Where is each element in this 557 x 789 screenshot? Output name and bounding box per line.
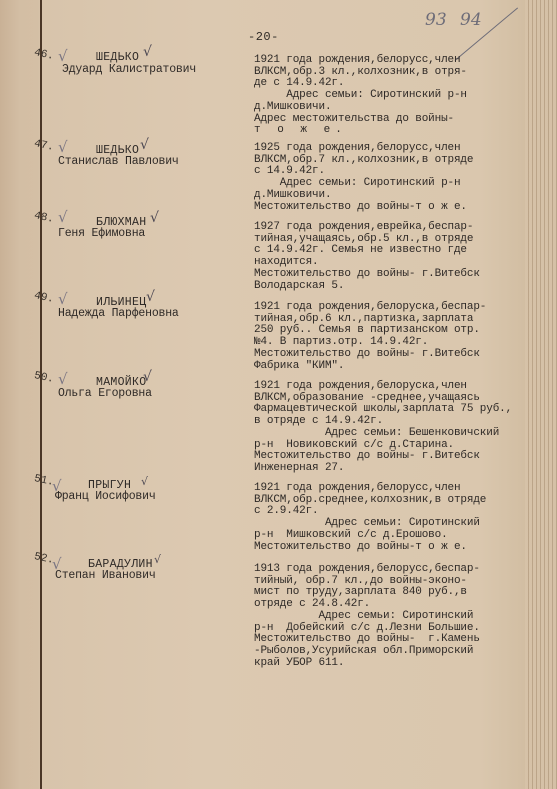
folio-current: 93 bbox=[425, 10, 447, 30]
detail-line: Инженерная 27. bbox=[254, 463, 524, 475]
binding-spine-line bbox=[40, 0, 42, 789]
given-names: Станислав Павлович bbox=[58, 155, 179, 168]
detail-line: Володарская 5. bbox=[254, 281, 524, 293]
folio-crossed-out: 94 bbox=[460, 10, 482, 30]
checkmark-icon: √ bbox=[58, 370, 68, 388]
handwritten-folio-number: 93 94 bbox=[425, 10, 482, 30]
entry-details: 1913 года рождения,белорусс,беспар-тийны… bbox=[254, 564, 524, 669]
entry-details: 1927 года рождения,еврейка,беспар-тийная… bbox=[254, 222, 524, 292]
detail-line: 1927 года рождения,еврейка,беспар- bbox=[254, 222, 524, 234]
detail-line: 1913 года рождения,белорусс,беспар- bbox=[254, 564, 524, 576]
given-names: Франц Иосифович bbox=[55, 490, 156, 503]
detail-line: Местожительство до войны- г.Витебск bbox=[254, 269, 524, 281]
given-names: Надежда Парфеновна bbox=[58, 307, 179, 320]
detail-line: р-н Мишковский с/с д.Ерошово. bbox=[254, 530, 524, 542]
detail-line: 1921 года рождения,белорусс,член bbox=[254, 483, 524, 495]
typed-page-number: -20- bbox=[248, 30, 279, 44]
checkmark-icon: √ bbox=[143, 369, 152, 385]
entry-number: 47. bbox=[33, 138, 55, 154]
entry-number: 48. bbox=[33, 210, 55, 226]
entry-details: 1921 года рождения,белорусс,членВЛКСМ,об… bbox=[254, 483, 524, 553]
detail-line: т о ж е. bbox=[254, 125, 524, 137]
checkmark-icon: √ bbox=[150, 210, 159, 226]
detail-line: край УБОР 611. bbox=[254, 658, 524, 670]
detail-line: Местожительство до войны-т о ж е. bbox=[254, 542, 524, 554]
checkmark-icon: √ bbox=[154, 553, 161, 566]
given-names: Ольга Егоровна bbox=[58, 387, 152, 400]
entry-number: 49. bbox=[33, 290, 55, 306]
detail-line: д.Мишковичи. bbox=[254, 190, 524, 202]
detail-line: д.Мишковичи. bbox=[254, 102, 524, 114]
entry-details: 1925 года рождения,белорусс,членВЛКСМ,об… bbox=[254, 143, 524, 213]
given-names: Геня Ефимовна bbox=[58, 227, 145, 240]
detail-line: 1921 года рождения,белоруска,член bbox=[254, 381, 524, 393]
given-names: Эдуард Калистратович bbox=[62, 63, 196, 76]
page-stack-edge bbox=[525, 0, 557, 789]
detail-line: 1925 года рождения,белорусс,член bbox=[254, 143, 524, 155]
entry-details: 1921 года рождения,белоруска,беспар-тийн… bbox=[254, 302, 524, 372]
checkmark-icon: √ bbox=[58, 138, 68, 156]
checkmark-icon: √ bbox=[58, 290, 68, 308]
checkmark-icon: √ bbox=[146, 289, 155, 305]
detail-line: -Рыболов,Усурийская обл.Приморский bbox=[254, 646, 524, 658]
checkmark-icon: √ bbox=[58, 208, 68, 226]
detail-line: 1921 года рождения,белорусс,член bbox=[254, 55, 524, 67]
archive-page: -20- 93 94 46. √ ШЕДЬКО √ Эдуард Калистр… bbox=[0, 0, 557, 789]
checkmark-icon: √ bbox=[140, 137, 149, 153]
checkmark-icon: √ bbox=[141, 475, 148, 488]
entry-number: 46. bbox=[33, 47, 55, 63]
entry-number: 50. bbox=[33, 370, 55, 386]
detail-line: Местожительство до войны-т о ж е. bbox=[254, 202, 524, 214]
detail-line: Адрес семьи: Сиротинский bbox=[254, 611, 524, 623]
given-names: Степан Иванович bbox=[55, 569, 156, 582]
entry-details: 1921 года рождения,белоруска,членВЛКСМ,о… bbox=[254, 381, 524, 475]
detail-line: 1921 года рождения,белоруска,беспар- bbox=[254, 302, 524, 314]
checkmark-icon: √ bbox=[143, 44, 152, 60]
detail-line: Фабрика "КИМ". bbox=[254, 361, 524, 373]
detail-line: Адрес семьи: Бешенковичский bbox=[254, 428, 524, 440]
detail-line: Местожительство до войны- г.Витебск bbox=[254, 349, 524, 361]
entry-details: 1921 года рождения,белорусс,членВЛКСМ,об… bbox=[254, 55, 524, 137]
